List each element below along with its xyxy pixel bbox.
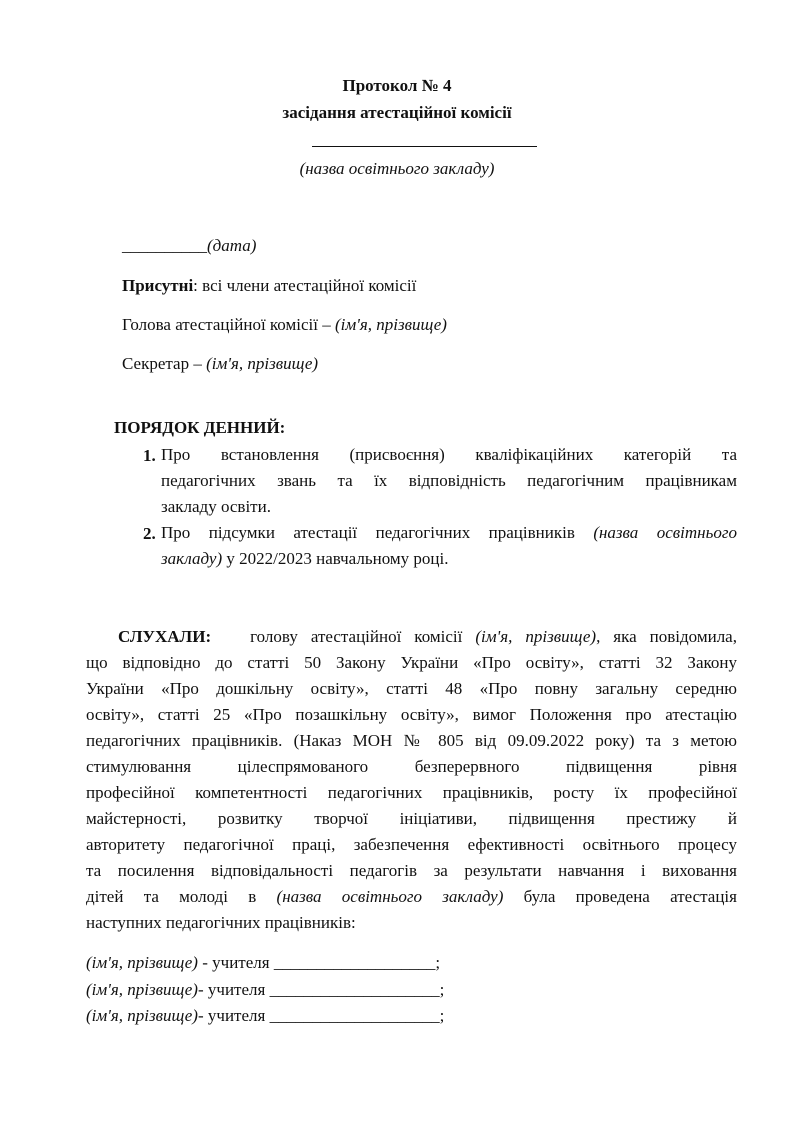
- heard-text: дітей та молоді в: [86, 887, 277, 906]
- agenda-item-2-text: Про підсумки атестації педагогічних прац…: [161, 523, 593, 542]
- teacher-row: (ім'я, прізвище)- учителя ______________…: [86, 1006, 444, 1026]
- heard-line: дітей та молоді в (назва освітнього закл…: [86, 884, 737, 910]
- agenda-item-2-text: у 2022/2023 навчальному році.: [222, 549, 448, 568]
- present-line: Присутні: всі члени атестаційної комісії: [122, 276, 416, 296]
- heard-line: професійної компетентності педагогічних …: [86, 780, 737, 806]
- heard-line: що відповідно до статті 50 Закону Україн…: [86, 650, 737, 676]
- secretary-line: Секретар – (ім'я, прізвище): [122, 354, 318, 374]
- page-subtitle: засідання атестаційної комісії: [0, 103, 794, 123]
- chair-placeholder: (ім'я, прізвище): [335, 315, 447, 334]
- chair-placeholder: (ім'я, прізвище): [475, 627, 596, 646]
- teacher-row: (ім'я, прізвище)- учителя ______________…: [86, 980, 444, 1000]
- agenda-item-number: 1.: [143, 446, 156, 466]
- teacher-role: - учителя: [198, 980, 270, 999]
- present-text: : всі члени атестаційної комісії: [193, 276, 416, 295]
- agenda-item-number: 2.: [143, 524, 156, 544]
- agenda-item-1-line: закладу освіти.: [161, 494, 737, 520]
- teacher-role: - учителя: [198, 953, 274, 972]
- heard-line: та посилення відповідальності педагогів …: [86, 858, 737, 884]
- row-end: ;: [440, 1006, 445, 1025]
- present-label: Присутні: [122, 276, 193, 295]
- institution-placeholder: (назва освітнього закладу): [0, 159, 794, 179]
- row-end: ;: [440, 980, 445, 999]
- teacher-role: - учителя: [198, 1006, 270, 1025]
- date-line: __________(дата): [122, 236, 256, 256]
- agenda-item-1: Про встановлення (присвоєння) кваліфікац…: [161, 442, 737, 520]
- heard-line: авторитету педагогічної праці, забезпече…: [86, 832, 737, 858]
- institution-placeholder: (назва освітнього закладу): [277, 887, 504, 906]
- teacher-name-placeholder: (ім'я, прізвище): [86, 980, 198, 999]
- institution-placeholder: (назва освітнього: [593, 523, 737, 542]
- secretary-label: Секретар –: [122, 354, 206, 373]
- secretary-placeholder: (ім'я, прізвище): [206, 354, 318, 373]
- chair-line: Голова атестаційної комісії – (ім'я, прі…: [122, 315, 447, 335]
- agenda-item-2-line: закладу) у 2022/2023 навчальному році.: [161, 546, 737, 572]
- date-blank: __________: [122, 236, 207, 255]
- agenda-item-1-line: педагогічних звань та їх відповідність п…: [161, 468, 737, 494]
- institution-underline: [312, 146, 537, 147]
- heard-line: наступних педагогічних працівників:: [86, 910, 737, 936]
- teacher-name-placeholder: (ім'я, прізвище): [86, 953, 198, 972]
- subject-blank: ___________________: [274, 953, 436, 972]
- heard-text: , яка повідомила,: [596, 627, 737, 646]
- chair-label: Голова атестаційної комісії –: [122, 315, 335, 334]
- agenda-heading: ПОРЯДОК ДЕННИЙ:: [114, 418, 285, 438]
- agenda-item-2-line: Про підсумки атестації педагогічних прац…: [161, 520, 737, 546]
- institution-placeholder: закладу): [161, 549, 222, 568]
- heard-line: майстерності, розвитку творчої ініціатив…: [86, 806, 737, 832]
- date-placeholder: (дата): [207, 236, 256, 255]
- heard-line: України «Про дошкільну освіту», статті 4…: [86, 676, 737, 702]
- agenda-item-1-line: Про встановлення (присвоєння) кваліфікац…: [161, 442, 737, 468]
- subject-blank: ____________________: [270, 1006, 440, 1025]
- page-title: Протокол № 4: [0, 76, 794, 96]
- teacher-name-placeholder: (ім'я, прізвище): [86, 1006, 198, 1025]
- heard-line: педагогічних працівників. (Наказ МОН № 8…: [86, 728, 737, 754]
- row-end: ;: [435, 953, 440, 972]
- subject-blank: ____________________: [270, 980, 440, 999]
- teacher-row: (ім'я, прізвище) - учителя _____________…: [86, 953, 440, 973]
- heard-line: освіту», статті 25 «Про позашкільну осві…: [86, 702, 737, 728]
- agenda-item-2: Про підсумки атестації педагогічних прац…: [161, 520, 737, 572]
- heard-line: СЛУХАЛИ: голову атестаційної комісії (ім…: [86, 624, 737, 650]
- heard-text: голову атестаційної комісії: [250, 627, 475, 646]
- heard-paragraph: СЛУХАЛИ: голову атестаційної комісії (ім…: [86, 624, 737, 936]
- heard-line: стимулювання цілеспрямованого безперервн…: [86, 754, 737, 780]
- heard-label: СЛУХАЛИ:: [118, 627, 211, 646]
- heard-text: була проведена атестація: [503, 887, 737, 906]
